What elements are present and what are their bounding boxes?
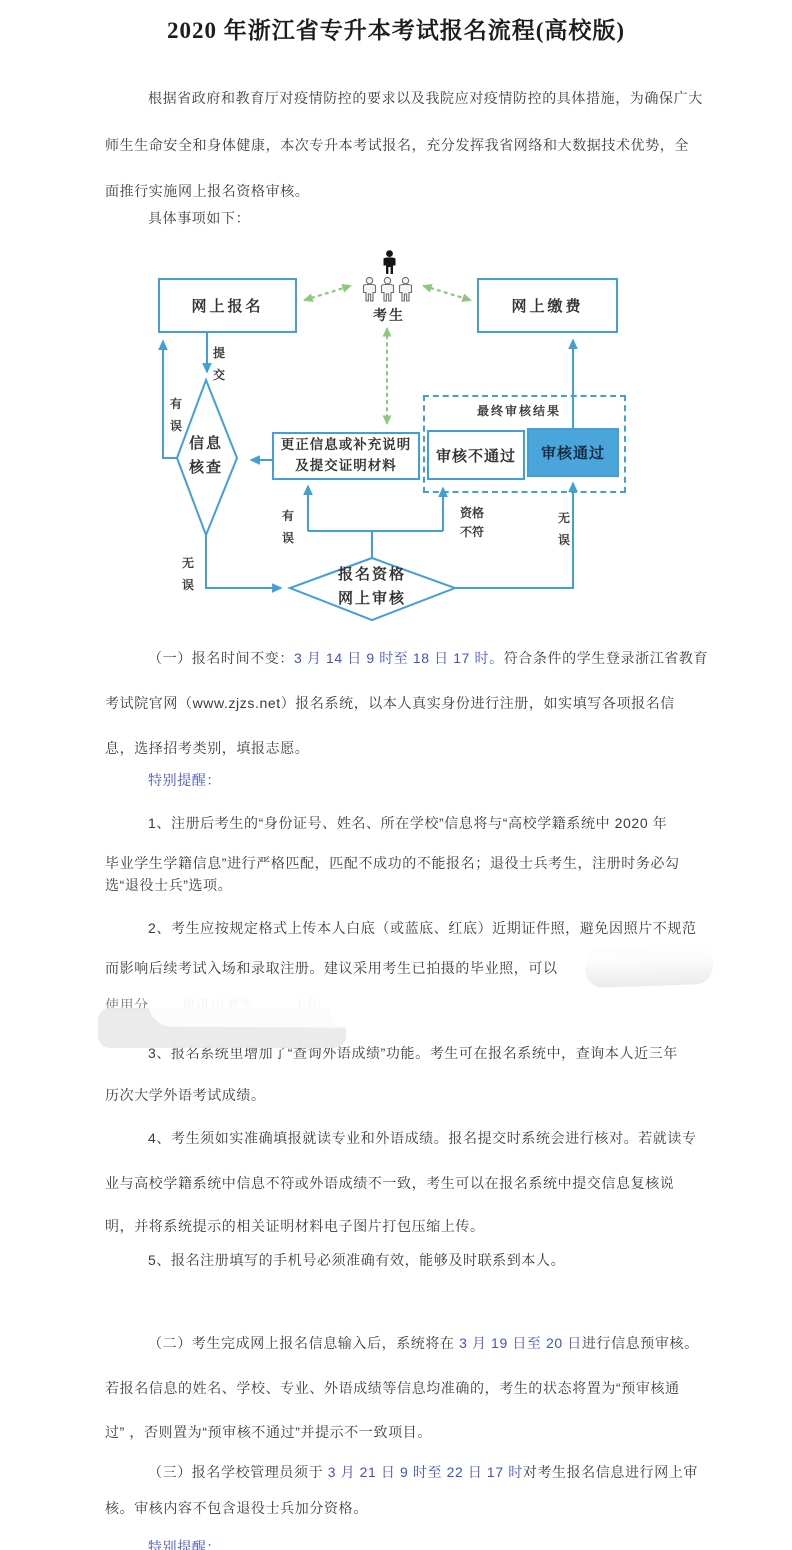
submit-label: 提交 xyxy=(212,342,226,386)
section3-tail: 对考生报名信息进行网上审 xyxy=(523,1464,698,1480)
note1-line-3: 选“退役士兵”选项。 xyxy=(105,875,232,895)
section3-date: 3 月 21 日 9 时至 22 日 17 时 xyxy=(328,1464,523,1480)
section2-line-3: 过” ，否则置为“预审核不通过”并提示不一致项目。 xyxy=(105,1422,432,1442)
section3-line-2: 核。审核内容不包含退役士兵加分资格。 xyxy=(105,1498,368,1518)
section2-line-1: （二）考生完成网上报名信息输入后，系统将在 3 月 19 日至 20 日进行信息… xyxy=(148,1333,699,1353)
final-result-label: 最终审核结果 xyxy=(477,402,561,419)
review-fail-box: 审核不通过 xyxy=(427,430,525,480)
info-check-label: 信息核查 xyxy=(186,432,226,480)
section2-tail: 进行信息预审核。 xyxy=(582,1335,699,1351)
section1-date: 3 月 14 日 9 时至 18 日 17 时。 xyxy=(294,650,504,666)
section1-line-2: 考试院官网（www.zjzs.net）报名系统，以本人真实身份进行注册，如实填写… xyxy=(105,693,675,713)
note1-line-2: 毕业学生学籍信息”进行严格匹配，匹配不成功的不能报名；退役士兵考生，注册时务必勾 xyxy=(105,853,680,873)
specifics-label: 具体事项如下： xyxy=(148,208,250,228)
candidate-icon xyxy=(364,250,412,301)
correct-info-box: 更正信息或补充说明 及提交证明材料 xyxy=(272,432,420,480)
error-mid-label: 有误 xyxy=(281,505,295,549)
whiteout-smear-right xyxy=(330,988,700,1026)
note2-line-2: 而影响后续考试入场和录取注册。建议采用考生已拍摄的毕业照，可以 xyxy=(105,958,558,978)
ok-left-label: 无误 xyxy=(181,552,195,596)
note4-line-2: 业与高校学籍系统中信息不符或外语成绩不一致，考生可以在报名系统中提交信息复核说 xyxy=(105,1173,674,1193)
error-left-label: 有误 xyxy=(169,393,183,437)
section2-line-2: 若报名信息的姓名、学校、专业、外语成绩等信息均准确的，考生的状态将置为“预审核通 xyxy=(105,1378,680,1398)
intro-line-3: 面推行实施网上报名资格审核。 xyxy=(105,181,309,201)
qual-mismatch-label: 资格不符 xyxy=(458,504,486,542)
note4-line-3: 明，并将系统提示的相关证明材料电子图片打包压缩上传。 xyxy=(105,1216,485,1236)
section3-prefix: （三）报名学校管理员须于 xyxy=(148,1464,328,1480)
note4-line-1: 4、考生须如实准确填报就读专业和外语成绩。报名提交时系统会进行核对。若就读专 xyxy=(148,1128,697,1148)
section3-line-1: （三）报名学校管理员须于 3 月 21 日 9 时至 22 日 17 时对考生报… xyxy=(148,1462,698,1482)
candidate-label: 考生 xyxy=(373,305,405,325)
registration-flowchart: 网上报名 网上缴费 考生 更正信息或补充说明 及提交证明材料 最终审核结果 审核… xyxy=(100,243,700,633)
online-review-label: 报名资格网上审核 xyxy=(338,563,406,611)
section1-line-1: （一）报名时间不变：3 月 14 日 9 时至 18 日 17 时。符合条件的学… xyxy=(148,648,708,668)
special-reminder-2: 特别提醒： xyxy=(148,1537,221,1550)
online-pay-box: 网上缴费 xyxy=(477,278,618,333)
intro-line-2: 师生生命安全和身体健康，本次专升本考试报名，充分发挥我省网络和大数据技术优势，全 xyxy=(105,135,689,155)
page-title: 2020 年浙江省专升本考试报名流程(高校版) xyxy=(0,12,792,45)
section1-line-3: 息，选择招考类别，填报志愿。 xyxy=(105,738,309,758)
section1-tail: 符合条件的学生登录浙江省教育 xyxy=(504,650,708,666)
ok-right-label: 无误 xyxy=(557,507,571,551)
section2-date: 3 月 19 日至 20 日 xyxy=(459,1335,582,1351)
section2-prefix: （二）考生完成网上报名信息输入后，系统将在 xyxy=(148,1335,459,1351)
intro-line-1: 根据省政府和教育厅对疫情防控的要求以及我院应对疫情防控的具体措施，为确保广大 xyxy=(148,88,703,108)
note5-line: 5、报名注册填写的手机号必须准确有效，能够及时联系到本人。 xyxy=(148,1250,565,1270)
note2-line-1: 2、考生应按规定格式上传本人白底（或蓝底、红底）近期证件照，避免因照片不规范 xyxy=(148,918,697,938)
section1-prefix: （一）报名时间不变： xyxy=(148,650,294,666)
special-reminder-1: 特别提醒： xyxy=(148,770,221,790)
review-pass-box: 审核通过 xyxy=(527,428,619,477)
note3-line-2: 历次大学外语考试成绩。 xyxy=(105,1085,266,1105)
whiteout-smear-top xyxy=(584,944,713,988)
correct-info-line2: 及提交证明材料 xyxy=(295,456,397,477)
correct-info-line1: 更正信息或补充说明 xyxy=(281,435,412,456)
online-register-box: 网上报名 xyxy=(158,278,297,333)
note1-line-1: 1、注册后考生的“身份证号、姓名、所在学校”信息将与“高校学籍系统中 2020 … xyxy=(148,813,667,833)
